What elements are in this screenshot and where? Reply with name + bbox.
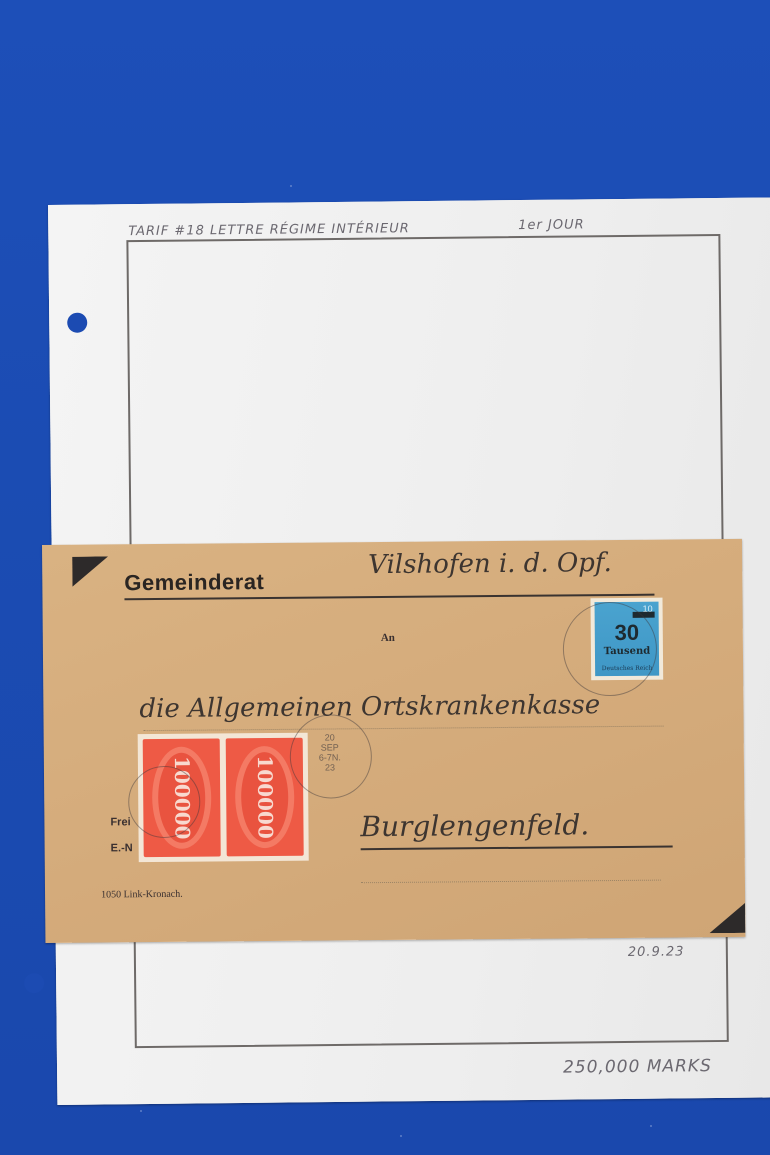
date-note: 20.9.23 xyxy=(628,944,685,960)
backdrop-speck xyxy=(650,1125,652,1127)
postmark-date: 20 SEP 6-7N. 23 xyxy=(306,732,354,772)
franking-label: Frei xyxy=(110,816,130,828)
backdrop-speck xyxy=(290,185,292,187)
binder-hole-top xyxy=(67,313,87,333)
postal-cover: Gemeinderat Vilshofen i. d. Opf. An die … xyxy=(42,539,745,943)
franking-label-2: E.-N xyxy=(111,842,133,854)
postmark-cancel xyxy=(563,602,658,697)
address-dotted-line xyxy=(144,726,664,732)
backdrop-speck xyxy=(400,1135,402,1137)
photo-corner-bottom-right xyxy=(709,903,745,933)
postage-value-note: 250,000 MARKS xyxy=(563,1056,712,1078)
recipient-underline xyxy=(361,846,673,851)
postmark-cancel-left xyxy=(128,766,201,839)
stamp-value: 100000 xyxy=(252,755,277,839)
sender-printed: Gemeinderat xyxy=(124,569,264,596)
printer-imprint: 1050 Link-Kronach. xyxy=(101,889,183,901)
recipient-line-1: die Allgemeinen Ortskrankenkasse xyxy=(139,690,600,724)
photo-corner-top-left xyxy=(72,556,108,586)
sender-town-handwritten: Vilshofen i. d. Opf. xyxy=(368,548,612,580)
to-label: An xyxy=(381,632,395,644)
binder-hole-bottom xyxy=(24,973,44,993)
backdrop-speck xyxy=(140,1110,142,1112)
address-dotted-line xyxy=(361,880,661,884)
recipient-line-2: Burglengenfeld. xyxy=(360,808,589,843)
tariff-note: TARIF #18 LETTRE RÉGIME INTÉRIEUR xyxy=(128,221,410,239)
first-day-note: 1er JOUR xyxy=(518,217,585,233)
